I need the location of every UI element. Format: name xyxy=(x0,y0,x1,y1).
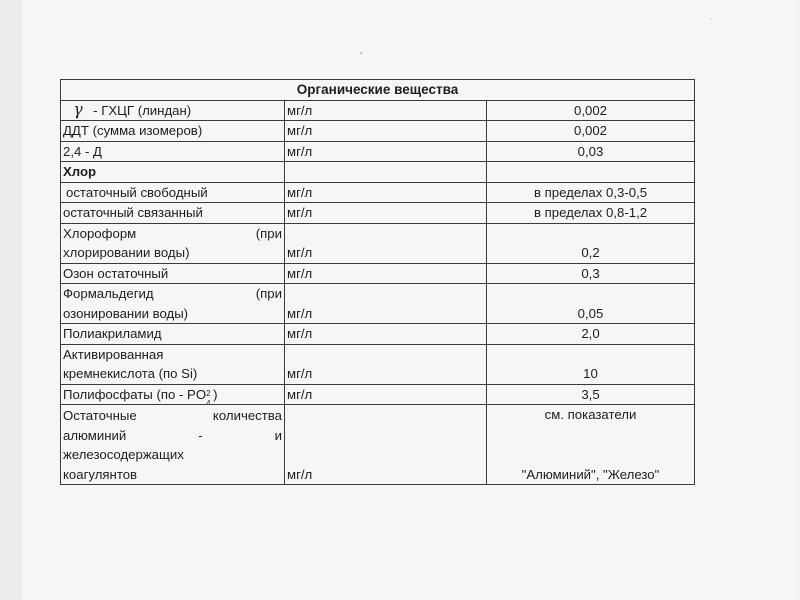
substance-name: остаточный свободный xyxy=(61,182,285,203)
value-line: см. показатели xyxy=(489,405,692,425)
value: 10 xyxy=(487,344,695,384)
table-title: Органические вещества xyxy=(61,80,695,101)
table-row: Хлороформ (при хлорировании воды) мг/л 0… xyxy=(61,223,695,263)
table-row: Остаточные количества алюминий - и желез… xyxy=(61,405,695,485)
name-line: кремнекислота (по Si) xyxy=(63,364,282,384)
value: 3,5 xyxy=(487,384,695,405)
table-header-row: Органические вещества xyxy=(61,80,695,101)
value: в пределах 0,3-0,5 xyxy=(487,182,695,203)
name-line: Активированная xyxy=(63,345,282,365)
substance-name: остаточный связанный xyxy=(61,203,285,224)
substance-name: Формальдегид (при озонировании воды) xyxy=(61,284,285,324)
substance-name: ДДТ (сумма изомеров) xyxy=(61,121,285,142)
name-line: Остаточные количества xyxy=(63,406,282,426)
table-row: Активированная кремнекислота (по Si) мг/… xyxy=(61,344,695,384)
value-line: "Алюминий", "Железо" xyxy=(489,465,692,485)
unit: мг/л xyxy=(285,405,487,485)
substance-name: Полиакриламид xyxy=(61,324,285,345)
name-line: хлорировании воды) xyxy=(63,243,282,263)
table-row: Формальдегид (при озонировании воды) мг/… xyxy=(61,284,695,324)
substance-name: Полифосфаты (по - PO24) xyxy=(61,384,285,405)
value: см. показатели "Алюминий", "Железо" xyxy=(487,405,695,485)
unit: мг/л xyxy=(285,263,487,284)
value: 0,002 xyxy=(487,121,695,142)
name-text: Полифосфаты (по - PO xyxy=(63,387,206,402)
subscript: 4 xyxy=(206,394,210,404)
table-row: 2,4 - Д мг/л 0,03 xyxy=(61,141,695,162)
organic-substances-table: Органические вещества γ- ГХЦГ (линдан) м… xyxy=(60,79,695,485)
section-name: Хлор xyxy=(61,162,285,183)
name-line: озонировании воды) xyxy=(63,304,282,324)
name-line: алюминий - и xyxy=(63,426,282,446)
table-row: ДДТ (сумма изомеров) мг/л 0,002 xyxy=(61,121,695,142)
table-row: Хлор xyxy=(61,162,695,183)
table-row: γ- ГХЦГ (линдан) мг/л 0,002 xyxy=(61,100,695,121)
substance-name: Хлороформ (при хлорировании воды) xyxy=(61,223,285,263)
gamma-symbol: γ xyxy=(65,101,92,121)
substance-name: Остаточные количества алюминий - и желез… xyxy=(61,405,285,485)
table-row: Полиакриламид мг/л 2,0 xyxy=(61,324,695,345)
unit xyxy=(285,162,487,183)
table-row: Полифосфаты (по - PO24) мг/л 3,5 xyxy=(61,384,695,405)
substance-name: 2,4 - Д xyxy=(61,141,285,162)
scan-speck xyxy=(360,52,362,54)
unit: мг/л xyxy=(285,284,487,324)
table-row: Озон остаточный мг/л 0,3 xyxy=(61,263,695,284)
value: 0,03 xyxy=(487,141,695,162)
table-row: остаточный свободный мг/л в пределах 0,3… xyxy=(61,182,695,203)
substance-name: γ- ГХЦГ (линдан) xyxy=(61,100,285,121)
name-suffix: ) xyxy=(213,387,217,402)
scan-speck xyxy=(710,18,712,20)
unit: мг/л xyxy=(285,182,487,203)
substance-name-text: - ГХЦГ (линдан) xyxy=(93,103,191,118)
unit: мг/л xyxy=(285,141,487,162)
unit: мг/л xyxy=(285,203,487,224)
unit: мг/л xyxy=(285,344,487,384)
substance-name: Активированная кремнекислота (по Si) xyxy=(61,344,285,384)
value: 2,0 xyxy=(487,324,695,345)
name-line: железосодержащих xyxy=(63,445,282,465)
name-line: коагулянтов xyxy=(63,465,282,485)
value: в пределах 0,8-1,2 xyxy=(487,203,695,224)
value xyxy=(487,162,695,183)
page-edge xyxy=(0,0,22,600)
table-row: остаточный связанный мг/л в пределах 0,8… xyxy=(61,203,695,224)
name-line: Формальдегид (при xyxy=(63,284,282,304)
name-line: Хлороформ (при xyxy=(63,224,282,244)
value: 0,002 xyxy=(487,100,695,121)
value: 0,05 xyxy=(487,284,695,324)
ion-charge-notation: 24 xyxy=(206,390,213,400)
unit: мг/л xyxy=(285,223,487,263)
unit: мг/л xyxy=(285,384,487,405)
value: 0,3 xyxy=(487,263,695,284)
unit: мг/л xyxy=(285,324,487,345)
unit: мг/л xyxy=(285,100,487,121)
substance-name: Озон остаточный xyxy=(61,263,285,284)
unit: мг/л xyxy=(285,121,487,142)
value: 0,2 xyxy=(487,223,695,263)
